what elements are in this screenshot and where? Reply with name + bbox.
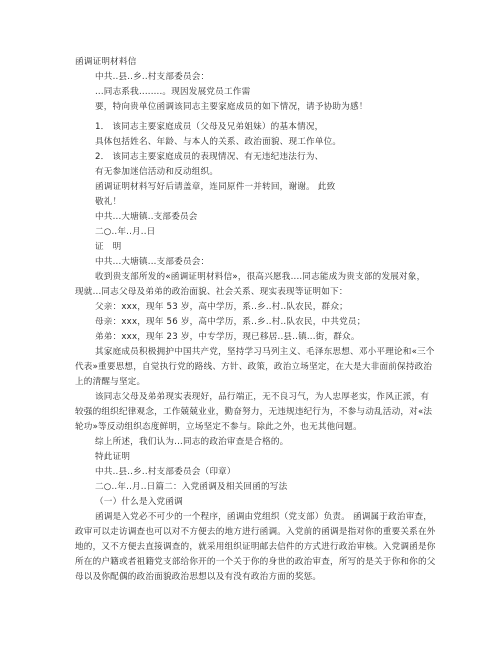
document-text-line: 较强的组织纪律观念，工作兢兢业业，勤奋努力，无违规违纪行为，不参与动乱活动，对«… [75,406,432,418]
document-text-line: 二○..年..月..日篇二：入党函调及相关回函的写法 [95,481,287,493]
document-text-line: 函调证明材料写好后请盖章，连同原件一并转回，谢谢。 此致 [95,181,335,193]
document-text-line: 该同志父母及弟弟现实表现好，品行端正，无不良习气，为人忠厚老实，作风正派，有 [95,391,429,403]
document-text-line: 函调是入党必不可少的一个程序，函调由党组织（党支部）负责。 函调属于政治审查， [95,511,432,523]
document-text-line: 特此证明 [95,451,130,463]
document-text-line: 上的清醒与坚定。 [75,376,145,388]
document-text-line: 代表»重要思想，自觉执行党的路线、方针、政策，政治立场坚定，在大是大非面前保持政… [75,361,432,373]
document-text-line: 中共..县..乡..村支部委员会（印章） [95,466,236,478]
document-text-line: 现就...同志父母及弟弟的政治面貌、社会关系、现实表现等证明如下： [75,286,348,298]
document-text-line: 证 明 [95,241,121,253]
document-text-line: 其家庭成员积极拥护中国共产党，坚持学习马列主义、毛泽东思想、邓小平理论和«三个 [95,346,435,358]
document-text-line: 轮功»等反动组织态度鲜明，立场坚定不参与。除此之外，也无其他问题。 [75,421,362,433]
document-text-line: 中共...大塘镇...支部委员会： [95,256,209,268]
document-text-line: 具体包括姓名、年龄、与本人的关系、政治面貌、现工作单位。 [95,136,341,148]
document-text-line: 母亲：xxx，现年 56 岁，高中学历，系..乡..村..队农民，中共党员； [95,316,366,328]
document-text-line: 中共..县..乡..村支部委员会： [95,71,209,83]
document-text-line: （一）什么是入党函调 [95,496,183,508]
document-text-line: 二○..年..月..日 [95,226,155,238]
document-text-line: 母以及你配偶的政治面貌政治思想以及有没有政治方面的奖惩。 [75,571,321,583]
document-page: 函调证明材料信中共..县..乡..村支部委员会：...同志系我........。… [0,0,500,647]
document-text-line: 父亲：xxx，现年 53 岁，高中学历，系..乡..村..队农民，群众； [95,301,348,313]
document-text-line: 综上所述，我们认为...同志的政治审查是合格的。 [95,436,288,448]
document-text-line: 要，特向贵单位函调该同志主要家庭成员的如下情况，请予协助为感！ [95,101,368,113]
document-text-line: 中共...大塘镇..支部委员会 [95,211,198,223]
document-text-line: 政审可以走访调查也可以对不方便去的地方进行函调。入党前的函调是指对你的重要关系在… [75,526,436,538]
document-text-line: 收到贵支部所发的«函调证明材料信»，很高兴愿我....同志能成为贵支部的发展对象… [95,271,425,283]
document-text-line: 所在的户籍或者祖籍党支部给你开的一个关于你的身世的政治审查，所写的是关于你和你的… [75,556,436,568]
document-text-line: 弟弟：xxx，现年 23 岁，中专学历，现已移居..县..镇...街，群众。 [95,331,360,343]
document-text-line: 有无参加迷信活动和反动组织。 [95,166,218,178]
document-text-line: 1． 该同志主要家庭成员（父母及兄弟姐妹）的基本情况， [95,121,323,133]
document-text-line: 敬礼！ [95,196,121,208]
document-text-line: 函调证明材料信 [75,56,137,68]
document-text-line: 地的，又不方便去直接调查的，就采用组织证明邮去信件的方式进行政治审核。入党调函是… [75,541,436,553]
document-text-line: ...同志系我........。现因发展党员工作需 [95,86,250,98]
document-text-line: 2． 该同志主要家庭成员的表现情况、有无违纪违法行为、 [95,151,323,163]
